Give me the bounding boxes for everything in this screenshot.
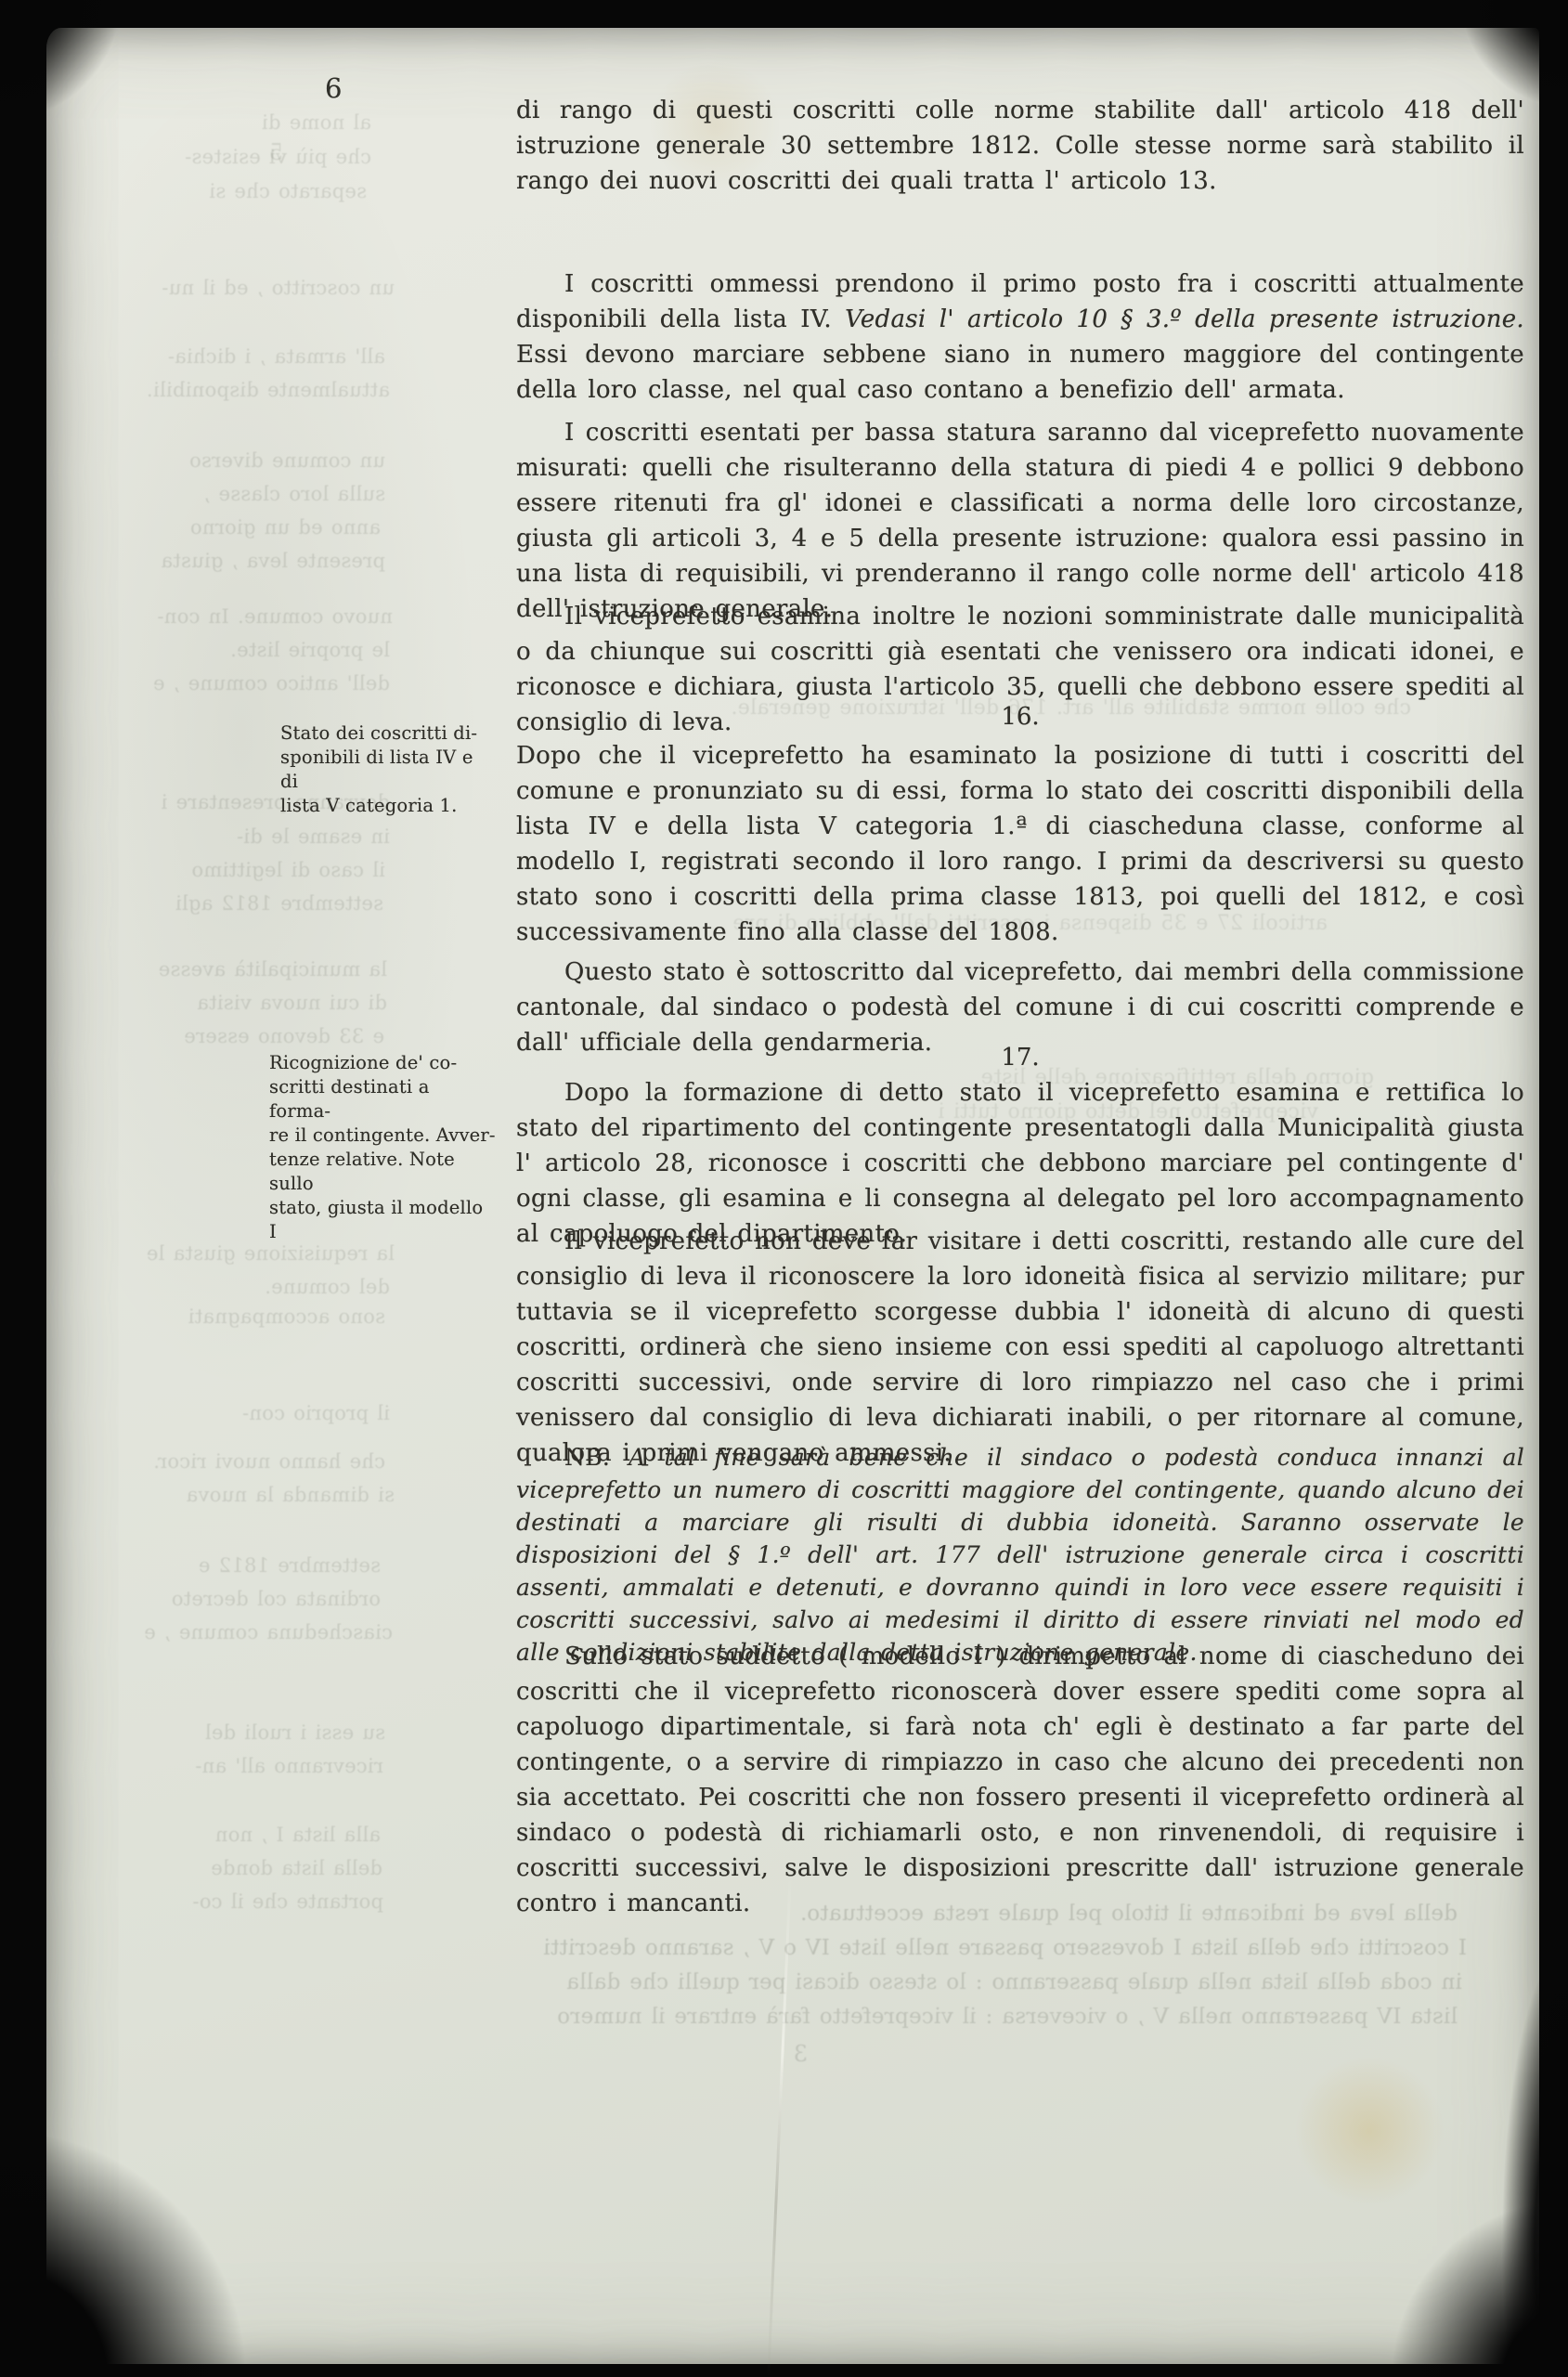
margin-note-stato-coscritti: Stato dei coscritti di-sponibili di list… <box>280 721 494 818</box>
scanned-page: 5al nome diche più vi esistes-separato c… <box>0 0 1568 2377</box>
paragraph-sullo-stato: Sullo stato suddetto ( modello I ) dirim… <box>516 1639 1524 1921</box>
text-segment: Essi devono marciare sebbene siano in nu… <box>516 341 1524 404</box>
text-segment-italic: Vedasi l' articolo 10 § 3.º della presen… <box>845 305 1524 333</box>
text-layer: 6 di rango di questi coscritti colle nor… <box>0 0 1568 2377</box>
paragraph-coscritti-ommessi: I coscritti ommessi prendono il primo po… <box>516 266 1524 408</box>
section-number-16: 16. <box>516 703 1524 731</box>
margin-note-ricognizione: Ricognizione de' co-scritti destinati a … <box>269 1051 496 1244</box>
paragraph-stato-disponibili: Dopo che il viceprefetto ha esaminato la… <box>516 738 1524 950</box>
page-number: 6 <box>325 72 342 104</box>
paragraph-non-visitare: Il viceprefetto non deve far visitare i … <box>516 1224 1524 1471</box>
paragraph-nota-bene: NB. A tal fine sarà bene che il sindaco … <box>516 1441 1524 1669</box>
paragraph-rango: di rango di questi coscritti colle norme… <box>516 93 1524 199</box>
text-segment-italic: A tal fine sarà bene che il sindaco o po… <box>516 1444 1524 1666</box>
section-number-17: 17. <box>516 1044 1524 1072</box>
paragraph-bassa-statura: I coscritti esentati per bassa statura s… <box>516 415 1524 627</box>
nb-label: NB. <box>564 1444 628 1471</box>
